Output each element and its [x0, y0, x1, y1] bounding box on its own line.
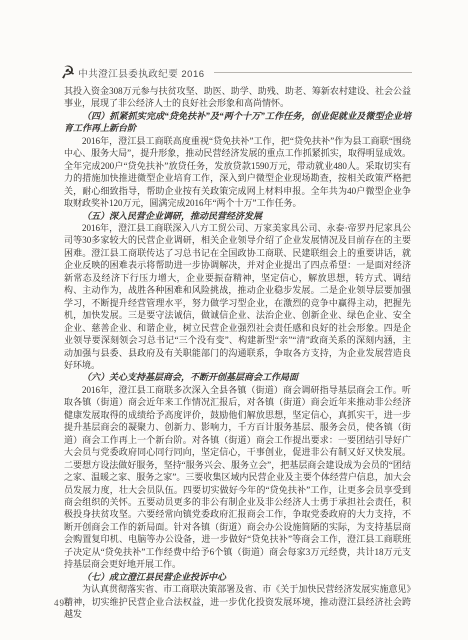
running-head-title: 中共澄江县委执政纪要 2016 [78, 66, 204, 80]
page-header: ☭ 中共澄江县委执政纪要 2016 [60, 64, 412, 81]
party-emblem-icon: ☭ [59, 63, 76, 82]
header-rule [214, 72, 412, 73]
section-heading: （六）关心支持基层商会，不断开创基层商会工作局面 [64, 371, 411, 383]
book-page: ☭ 中共澄江县委执政纪要 2016 其投入资金308万元参与扶贫攻坚、助医、助学… [0, 0, 468, 640]
section-heading: （五）深入民营企业调研，推动民营经济发展 [64, 210, 411, 222]
body-paragraph: 2016年，澄江县工商联高度重视“贷免扶补”工作，把“贷免扶补”作为县工商联“围… [64, 135, 411, 210]
body-paragraph: 2016年，澄江县工商联多次深入全县各镇（街道）商会调研指导基层商会工作。听取各… [64, 384, 411, 571]
page-number: 496 [54, 598, 71, 608]
section-heading: （四）抓紧抓实完成“贷免扶补”及“两个十万”工作任务，创业促就业及微型企业培育工… [64, 110, 411, 135]
body-paragraph: 其投入资金308万元参与扶贫攻坚、助医、助学、助残、助老、筹新农村建设、社会公益… [64, 85, 411, 110]
body-paragraph: 为认真贯彻落实省、市工商联决策部署及省、市《关于加快民营经济发展实施意见》精神，… [64, 583, 411, 620]
body-paragraph: 2016年，澄江县工商联深入八方工贸公司、万家美家具公司、永泰·帝罗丹尼家具公司… [64, 222, 411, 371]
section-heading: （七）成立澄江县民营企业投诉中心 [64, 571, 411, 583]
page-body: 其投入资金308万元参与扶贫攻坚、助医、助学、助残、助老、筹新农村建设、社会公益… [64, 85, 411, 620]
